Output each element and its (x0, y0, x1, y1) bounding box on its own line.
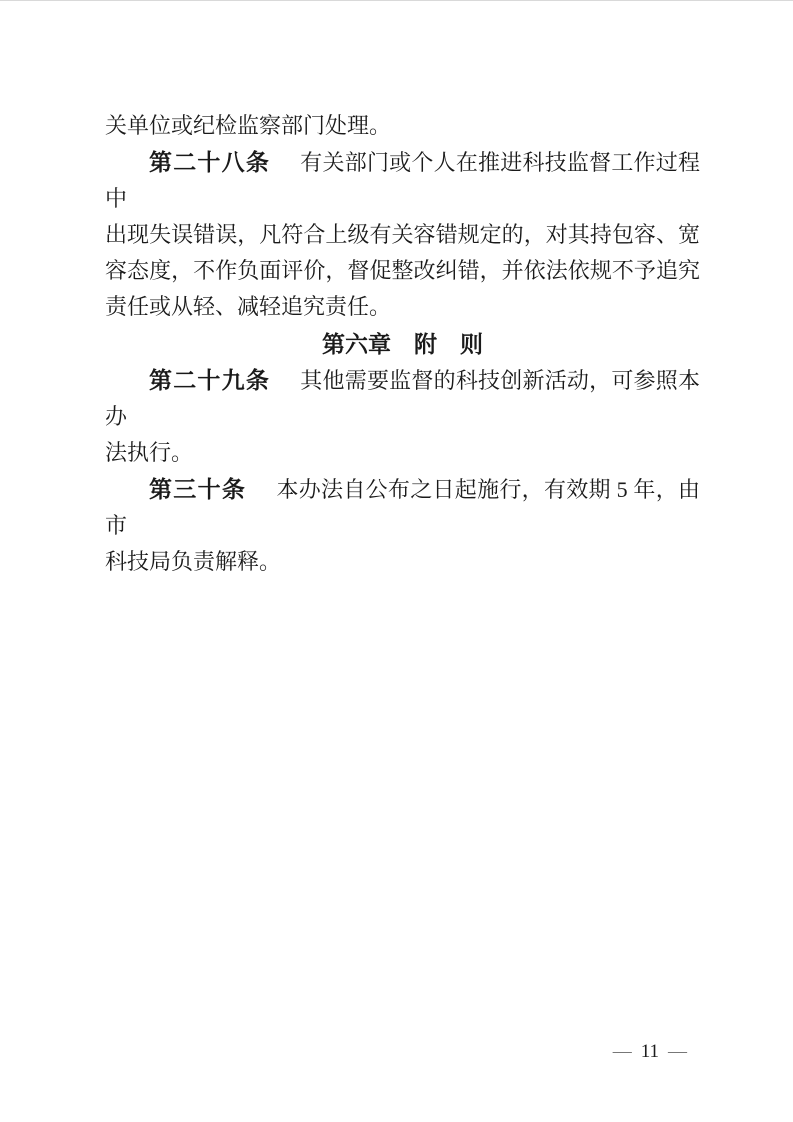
article-30-number: 第三十条 (149, 476, 246, 502)
document-page: 关单位或纪检监察部门处理。 第二十八条有关部门或个人在推进科技监督工作过程中 出… (0, 0, 793, 1122)
article-29-number: 第二十九条 (149, 367, 270, 393)
article-28-line-3: 容态度，不作负面评价，督促整改纠错，并依法依规不予追究 (105, 253, 700, 289)
document-body: 关单位或纪检监察部门处理。 第二十八条有关部门或个人在推进科技监督工作过程中 出… (105, 108, 700, 580)
page-number-value: 11 (641, 1041, 659, 1063)
article-29-first-line: 第二十九条其他需要监督的科技创新活动，可参照本办 (105, 362, 700, 435)
page-number-dash-right: — (668, 1041, 687, 1063)
article-29-line-2: 法执行。 (105, 435, 700, 471)
page-number-dash-left: — (613, 1041, 632, 1063)
article-28-first-line: 第二十八条有关部门或个人在推进科技监督工作过程中 (105, 144, 700, 217)
page-number: — 11 — (613, 1041, 687, 1063)
article-28-line-2: 出现失误错误，凡符合上级有关容错规定的，对其持包容、宽 (105, 217, 700, 253)
article-30-first-line: 第三十条本办法自公布之日起施行，有效期 5 年，由市 (105, 471, 700, 544)
chapter-6-heading: 第六章 附 则 (105, 326, 700, 362)
paragraph-continuation-line: 关单位或纪检监察部门处理。 (105, 108, 700, 144)
article-28-number: 第二十八条 (149, 149, 270, 175)
article-28-line-4: 责任或从轻、减轻追究责任。 (105, 289, 700, 325)
article-30-line-2: 科技局负责解释。 (105, 544, 700, 580)
